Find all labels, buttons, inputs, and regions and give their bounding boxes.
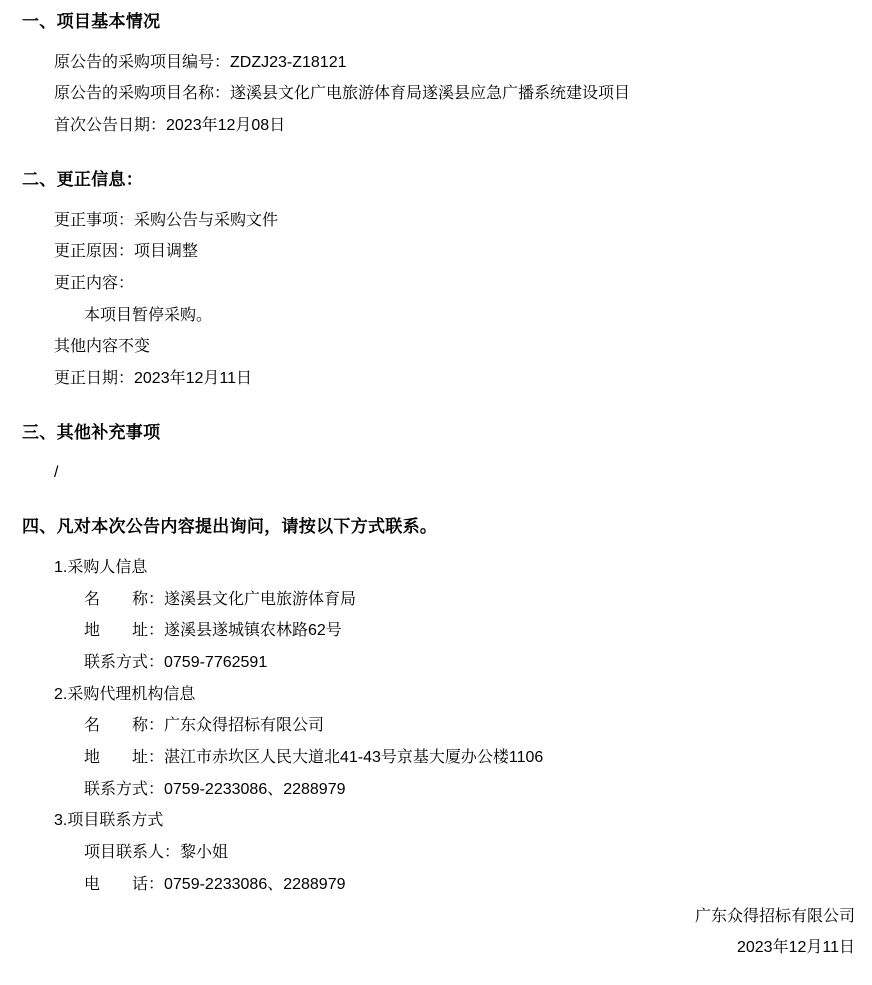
original-project-name: 原公告的采购项目名称：遂溪县文化广电旅游体育局遂溪县应急广播系统建设项目	[54, 78, 855, 110]
project-contact-title: 3.项目联系方式	[54, 805, 855, 837]
agency-contact: 联系方式：0759-2233086、2288979	[84, 774, 855, 806]
section-contact-heading: 四、凡对本次公告内容提出询问，请按以下方式联系。	[22, 511, 855, 543]
original-project-number: 原公告的采购项目编号：ZDZJ23-Z18121	[54, 47, 855, 79]
agency-info-title: 2.采购代理机构信息	[54, 679, 855, 711]
other-content-unchanged: 其他内容不变	[54, 331, 855, 363]
correction-date: 更正日期：2023年12月11日	[54, 363, 855, 395]
section-supplement-heading: 三、其他补充事项	[22, 417, 855, 449]
agency-name: 名 称：广东众得招标有限公司	[84, 710, 855, 742]
correction-item: 更正事项：采购公告与采购文件	[54, 205, 855, 237]
first-announcement-date: 首次公告日期：2023年12月08日	[54, 110, 855, 142]
purchaser-address: 地 址：遂溪县遂城镇农林路62号	[84, 615, 855, 647]
correction-reason: 更正原因：项目调整	[54, 236, 855, 268]
section-basic-info-heading: 一、项目基本情况	[22, 6, 855, 38]
correction-content-detail: 本项目暂停采购。	[84, 300, 855, 332]
purchaser-info-title: 1.采购人信息	[54, 552, 855, 584]
project-contact-phone: 电 话：0759-2233086、2288979	[84, 869, 855, 901]
purchaser-contact: 联系方式：0759-7762591	[84, 647, 855, 679]
purchaser-name: 名 称：遂溪县文化广电旅游体育局	[84, 584, 855, 616]
announcement-document: 一、项目基本情况 原公告的采购项目编号：ZDZJ23-Z18121 原公告的采购…	[0, 0, 872, 984]
project-contact-person: 项目联系人：黎小姐	[84, 837, 855, 869]
section-correction-heading: 二、更正信息：	[22, 164, 855, 196]
supplement-content: /	[54, 457, 855, 489]
agency-address: 地 址：湛江市赤坎区人民大道北41-43号京基大厦办公楼1106	[84, 742, 855, 774]
correction-content-label: 更正内容：	[54, 268, 855, 300]
signature-date: 2023年12月11日	[0, 932, 855, 964]
signature-org: 广东众得招标有限公司	[0, 901, 855, 933]
